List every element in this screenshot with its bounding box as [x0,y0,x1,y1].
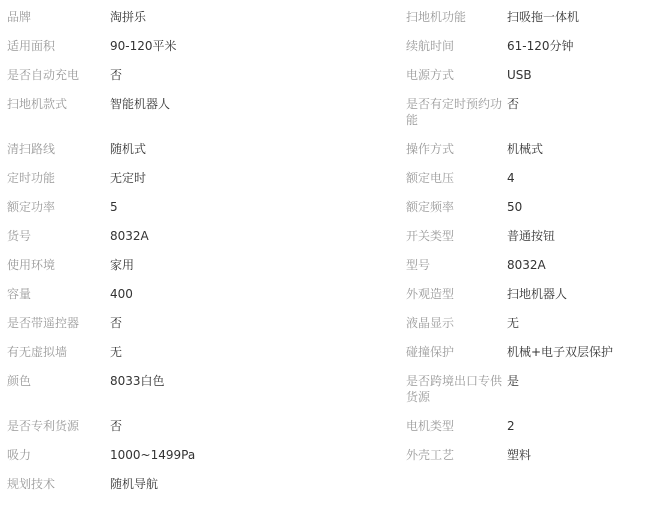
spec-value-left-text: 400 [110,287,133,301]
spec-label-left-text: 颜色 [7,374,31,388]
spec-label-left-text: 定时功能 [7,171,55,185]
spec-label-left-text: 适用面积 [7,39,55,53]
spec-label-right: 额定频率 [406,199,507,228]
spec-label-right-text: 电源方式 [406,68,454,82]
spec-label-right-text: 外壳工艺 [406,448,454,462]
spec-value-right: 塑料 [507,447,661,476]
spec-label-left-text: 有无虚拟墙 [7,345,67,359]
spec-value-right-text: 2 [507,419,515,433]
spec-value-right: 8032A [507,257,661,286]
spec-value-right: 无 [507,315,661,344]
spec-label-right: 扫地机功能 [406,9,507,38]
product-spec-table: 品牌 淘拼乐 扫地机功能 扫吸拖一体机 适用面积 90-120平米 续航时间 6… [0,0,661,506]
spec-label-right: 液晶显示 [406,315,507,344]
spec-value-left-text: 智能机器人 [110,97,170,111]
spec-value-left: 8032A [110,228,406,257]
spec-value-right-text: 塑料 [507,448,531,462]
spec-label-right-text: 是否跨境出口专供货源 [406,374,502,404]
spec-value-right-text: 50 [507,200,522,214]
spec-value-right-text: 扫吸拖一体机 [507,10,579,24]
spec-label-right-text: 碰撞保护 [406,345,454,359]
spec-value-left-text: 否 [110,316,122,330]
spec-value-left: 否 [110,67,406,96]
spec-value-right: 普通按钮 [507,228,661,257]
spec-value-right-text: USB [507,68,532,82]
spec-label-right-text: 液晶显示 [406,316,454,330]
spec-value-left: 无 [110,344,406,373]
spec-label-left: 适用面积 [7,38,110,67]
spec-value-left-text: 随机导航 [110,477,158,491]
spec-value-right-text: 无 [507,316,519,330]
spec-value-left-text: 否 [110,68,122,82]
spec-label-right: 是否有定时预约功能 [406,96,507,141]
spec-label-right-text: 扫地机功能 [406,10,466,24]
spec-label-left-text: 清扫路线 [7,142,55,156]
spec-value-left-text: 否 [110,419,122,433]
spec-value-right-text: 8032A [507,258,546,272]
spec-label-left-text: 货号 [7,229,31,243]
spec-label-left-text: 是否专利货源 [7,419,79,433]
spec-label-right: 开关类型 [406,228,507,257]
spec-label-left: 使用环境 [7,257,110,286]
spec-label-right-text: 型号 [406,258,430,272]
spec-label-left-text: 是否带遥控器 [7,316,79,330]
spec-value-left: 无定时 [110,170,406,199]
spec-label-left-text: 吸力 [7,448,31,462]
spec-value-right: 机械式 [507,141,661,170]
spec-value-right: 否 [507,96,661,141]
spec-label-right: 型号 [406,257,507,286]
spec-value-right: 61-120分钟 [507,38,661,67]
spec-label-right: 操作方式 [406,141,507,170]
spec-label-left-text: 额定功率 [7,200,55,214]
spec-value-right: 扫地机器人 [507,286,661,315]
spec-label-right-text: 开关类型 [406,229,454,243]
spec-value-left-text: 90-120平米 [110,39,177,53]
spec-label-left: 货号 [7,228,110,257]
spec-label-left-text: 品牌 [7,10,31,24]
spec-label-left-text: 规划技术 [7,477,55,491]
spec-value-left: 1000~1499Pa [110,447,406,476]
spec-value-right-text: 是 [507,374,519,388]
spec-label-left: 颜色 [7,373,110,418]
spec-label-right-text: 额定电压 [406,171,454,185]
spec-label-left: 扫地机款式 [7,96,110,141]
spec-value-left-text: 随机式 [110,142,146,156]
spec-label-left: 是否自动充电 [7,67,110,96]
spec-value-right [507,476,661,505]
spec-value-right: 2 [507,418,661,447]
spec-label-right: 碰撞保护 [406,344,507,373]
spec-value-right-text: 否 [507,97,519,111]
spec-label-left: 清扫路线 [7,141,110,170]
spec-label-right-text: 续航时间 [406,39,454,53]
spec-value-left-text: 8033白色 [110,374,165,388]
spec-value-left: 智能机器人 [110,96,406,141]
spec-value-left: 400 [110,286,406,315]
spec-value-right-text: 扫地机器人 [507,287,567,301]
spec-value-right-text: 4 [507,171,515,185]
spec-label-left: 是否专利货源 [7,418,110,447]
spec-label-left: 额定功率 [7,199,110,228]
spec-value-left: 90-120平米 [110,38,406,67]
spec-label-left: 吸力 [7,447,110,476]
spec-value-left: 否 [110,315,406,344]
spec-label-left: 规划技术 [7,476,110,505]
spec-value-right: 4 [507,170,661,199]
spec-value-right: 是 [507,373,661,418]
spec-value-right: 扫吸拖一体机 [507,9,661,38]
spec-value-left: 5 [110,199,406,228]
spec-label-left-text: 容量 [7,287,31,301]
spec-value-left: 随机导航 [110,476,406,505]
spec-label-right-text: 额定频率 [406,200,454,214]
spec-label-right: 额定电压 [406,170,507,199]
spec-value-left: 淘拼乐 [110,9,406,38]
spec-label-left: 定时功能 [7,170,110,199]
spec-label-right: 续航时间 [406,38,507,67]
spec-value-left: 随机式 [110,141,406,170]
spec-label-right-text: 外观造型 [406,287,454,301]
spec-label-left: 是否带遥控器 [7,315,110,344]
spec-value-left: 家用 [110,257,406,286]
spec-value-right: 50 [507,199,661,228]
spec-value-left-text: 8032A [110,229,149,243]
spec-value-right-text: 机械+电子双层保护 [507,345,613,359]
spec-label-right: 电机类型 [406,418,507,447]
spec-value-left-text: 1000~1499Pa [110,448,195,462]
spec-value-right-text: 普通按钮 [507,229,555,243]
spec-label-right: 外壳工艺 [406,447,507,476]
spec-label-left-text: 扫地机款式 [7,97,67,111]
spec-label-right: 是否跨境出口专供货源 [406,373,507,418]
spec-label-left: 品牌 [7,9,110,38]
spec-label-right-text: 是否有定时预约功能 [406,97,502,127]
spec-label-right-text: 操作方式 [406,142,454,156]
spec-label-right: 外观造型 [406,286,507,315]
spec-label-left: 有无虚拟墙 [7,344,110,373]
spec-label-left: 容量 [7,286,110,315]
spec-value-left-text: 5 [110,200,118,214]
spec-label-right: 电源方式 [406,67,507,96]
spec-label-left-text: 使用环境 [7,258,55,272]
spec-value-left: 8033白色 [110,373,406,418]
spec-label-right-text: 电机类型 [406,419,454,433]
spec-label-left-text: 是否自动充电 [7,68,79,82]
spec-value-right-text: 机械式 [507,142,543,156]
spec-value-left-text: 淘拼乐 [110,10,146,24]
spec-value-right: USB [507,67,661,96]
spec-value-right: 机械+电子双层保护 [507,344,661,373]
spec-value-left: 否 [110,418,406,447]
spec-label-right [406,476,507,505]
spec-value-left-text: 无 [110,345,122,359]
spec-value-right-text: 61-120分钟 [507,39,574,53]
spec-value-left-text: 无定时 [110,171,146,185]
spec-value-left-text: 家用 [110,258,134,272]
